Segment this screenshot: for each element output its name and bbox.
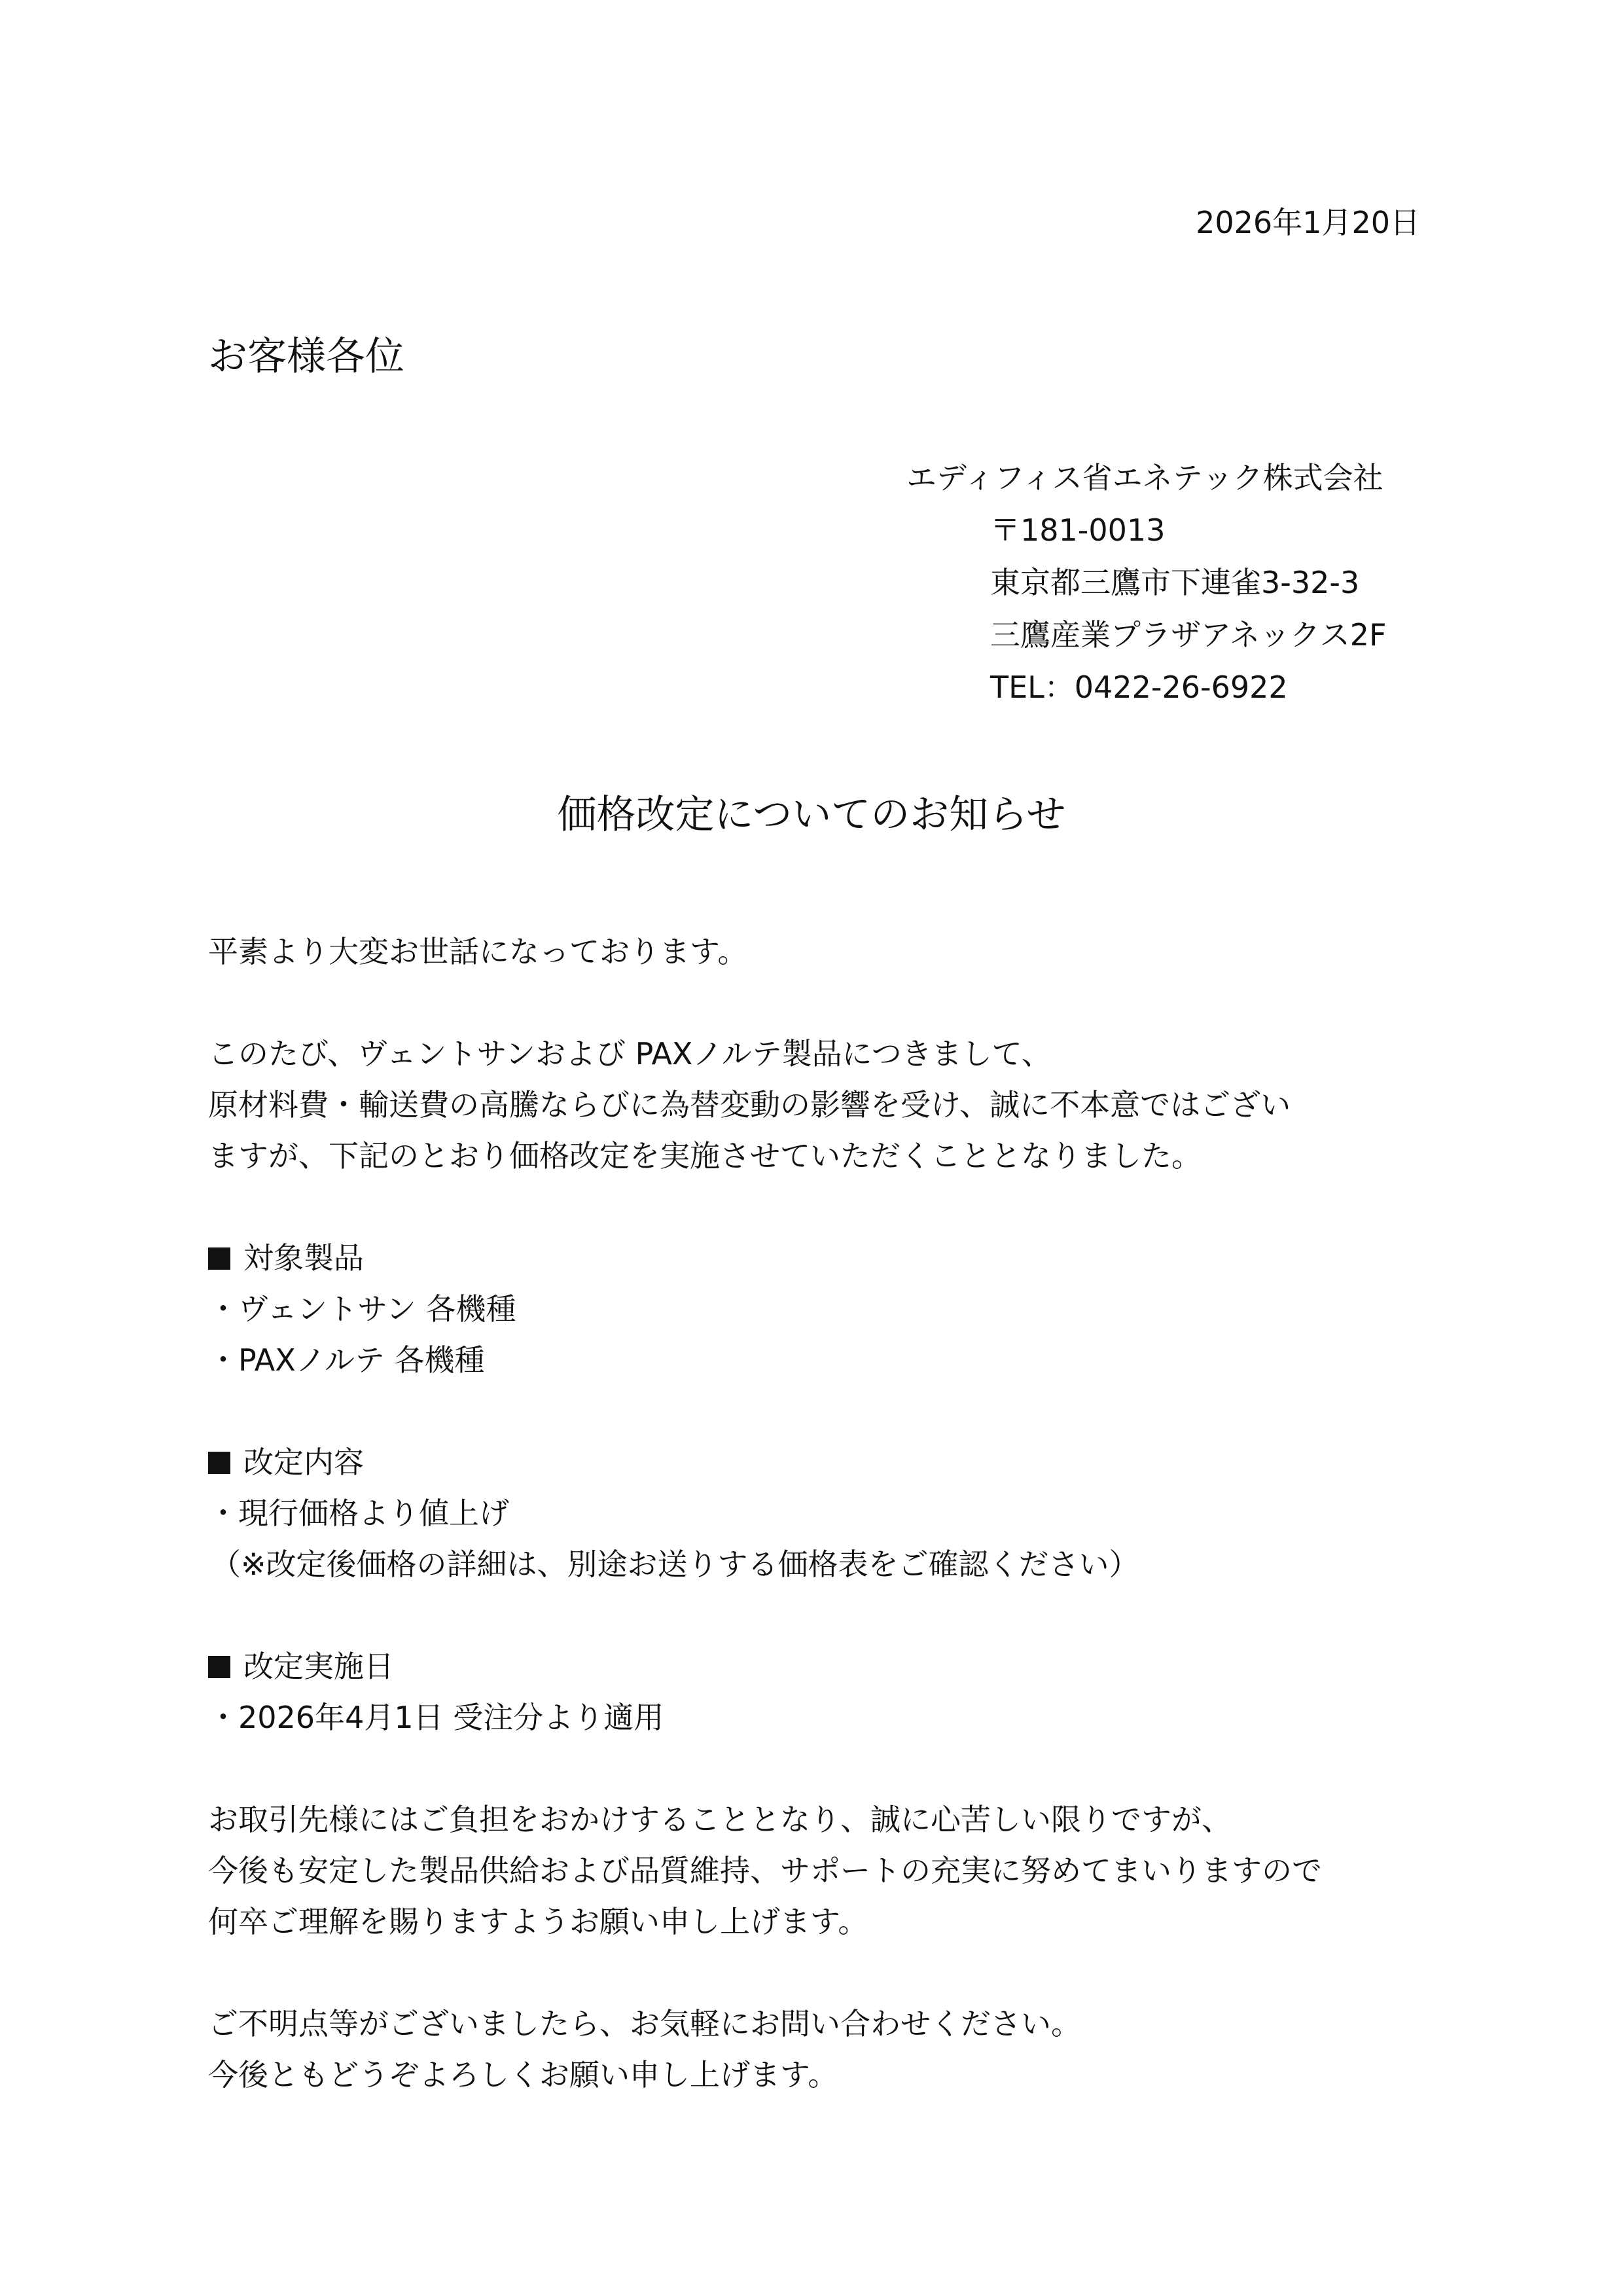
- bullet-icon: ・: [208, 1283, 238, 1335]
- bullet-icon: ・: [208, 1335, 238, 1386]
- section-heading-changes: 改定内容: [208, 1437, 1438, 1488]
- bullet-icon: ・: [208, 1488, 238, 1539]
- section-heading-effective-date: 改定実施日: [208, 1641, 1438, 1692]
- intro-line: ますが、下記のとおり価格改定を実施させていただくこととなりました。: [208, 1130, 1438, 1181]
- sender-postal: 〒181-0013: [906, 504, 1386, 556]
- list-item: ・2026年4月1日 受注分より適用: [208, 1692, 1438, 1743]
- sender-address: 東京都三鷹市下連雀3-32-3: [906, 556, 1386, 609]
- intro-line: 原材料費・輸送費の高騰ならびに為替変動の影響を受け、誠に不本意ではござい: [208, 1079, 1438, 1130]
- section-heading-products: 対象製品: [208, 1232, 1438, 1283]
- sender-tel: TEL：0422-26-6922: [906, 661, 1386, 713]
- letter-date: 2026年1月20日: [1196, 203, 1420, 242]
- black-square-icon: [208, 1656, 230, 1678]
- closing-line: お取引先様にはご負担をおかけすることとなり、誠に心苦しい限りですが、: [208, 1794, 1438, 1845]
- bullet-icon: ・: [208, 1692, 238, 1743]
- closing-line: 何卒ご理解を賜りますようお願い申し上げます。: [208, 1896, 1438, 1947]
- closing-line: 今後も安定した製品供給および品質維持、サポートの充実に努めてまいりますので: [208, 1845, 1438, 1896]
- list-item: ・PAXノルテ 各機種: [208, 1335, 1438, 1386]
- sender-block: エディフィス省エネテック株式会社 〒181-0013 東京都三鷹市下連雀3-32…: [906, 452, 1386, 713]
- price-note: （※改定後価格の詳細は、別途お送りする価格表をご確認ください）: [208, 1539, 1438, 1590]
- document-title: 価格改定についてのお知らせ: [0, 785, 1623, 844]
- sender-company: エディフィス省エネテック株式会社: [906, 452, 1386, 504]
- contact-line: 今後ともどうぞよろしくお願い申し上げます。: [208, 2049, 1438, 2100]
- black-square-icon: [208, 1247, 230, 1270]
- list-item: ・ヴェントサン 各機種: [208, 1283, 1438, 1335]
- contact-line: ご不明点等がございましたら、お気軽にお問い合わせください。: [208, 1998, 1438, 2049]
- letter-body: 平素より大変お世話になっております。 このたび、ヴェントサンおよび PAXノルテ…: [208, 926, 1438, 2100]
- sender-building: 三鷹産業プラザアネックス2F: [906, 609, 1386, 661]
- list-item: ・現行価格より値上げ: [208, 1488, 1438, 1539]
- intro-line: このたび、ヴェントサンおよび PAXノルテ製品につきまして、: [208, 1028, 1438, 1079]
- recipient: お客様各位: [208, 331, 404, 383]
- greeting: 平素より大変お世話になっております。: [208, 926, 1438, 977]
- black-square-icon: [208, 1452, 230, 1474]
